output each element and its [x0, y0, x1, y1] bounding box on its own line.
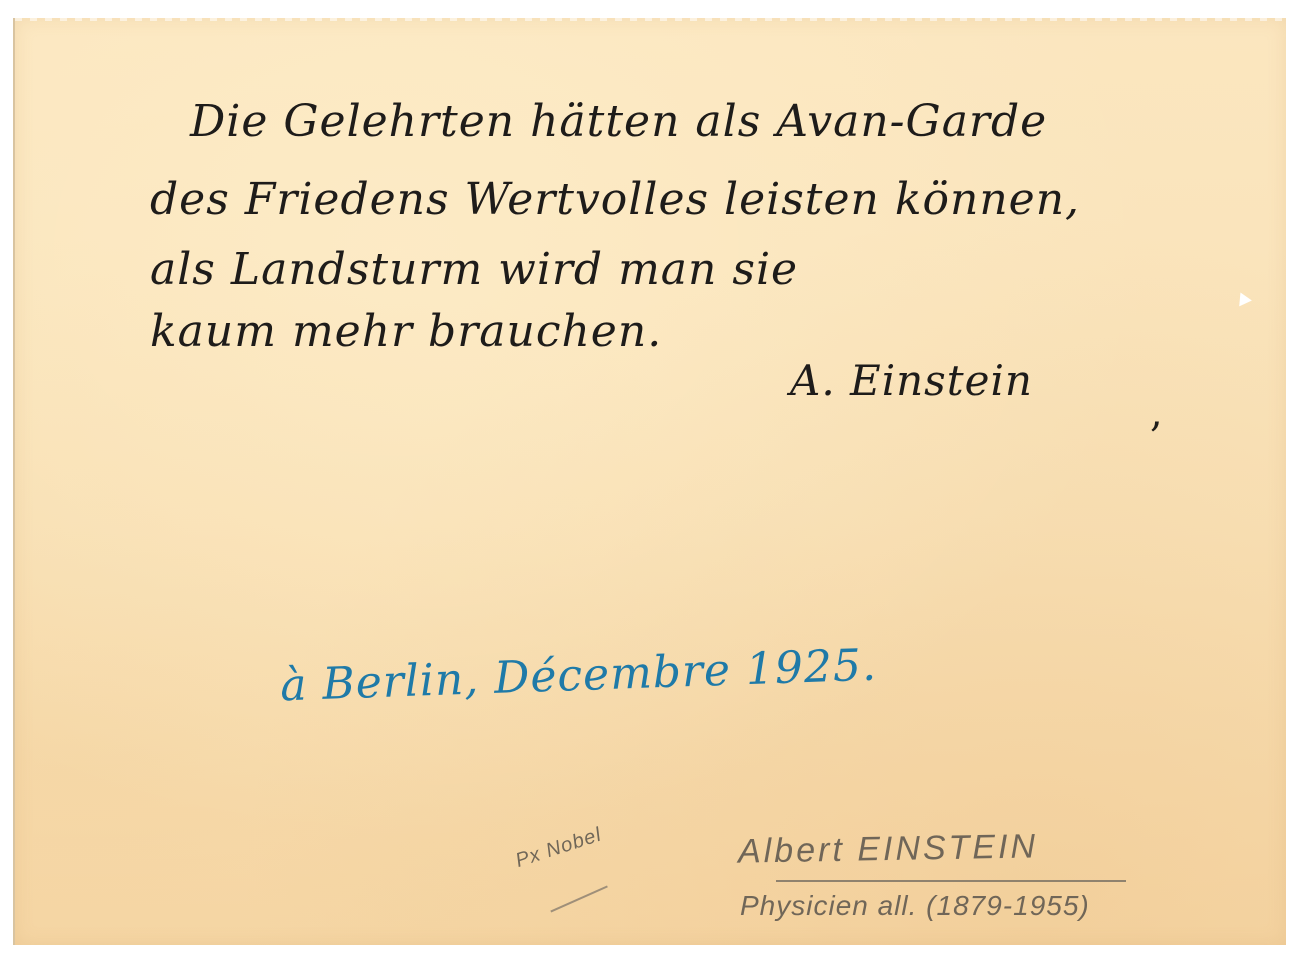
body-line-4: kaum mehr brauchen.	[150, 310, 662, 354]
pencil-name-underline	[776, 880, 1126, 882]
body-line-2: des Friedens Wertvolles leisten können,	[150, 178, 1080, 222]
paper-card	[13, 18, 1286, 945]
body-line-3: als Landsturm wird man sie	[150, 248, 798, 292]
signature: A. Einstein	[790, 360, 1033, 402]
pencil-name: Albert EINSTEIN	[738, 827, 1039, 871]
body-line-1: Die Gelehrten hätten als Avan-Garde	[190, 100, 1047, 144]
torn-top-edge	[15, 15, 1286, 21]
pencil-role-dates: Physicien all. (1879-1955)	[740, 890, 1090, 922]
signature-comma: ,	[1150, 390, 1163, 436]
